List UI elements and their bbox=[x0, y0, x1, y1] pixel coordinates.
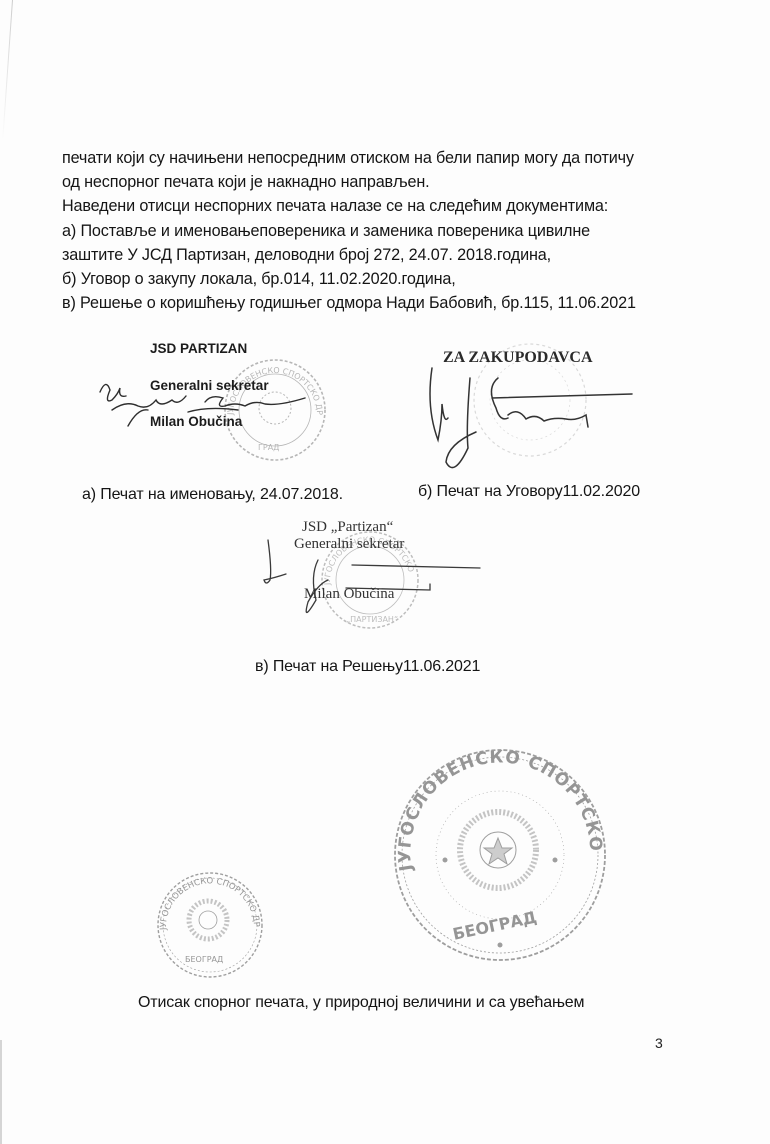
svg-text:„ПАРТИЗАН“: „ПАРТИЗАН“ bbox=[346, 615, 398, 624]
body-text: печати који су начињени непосредним отис… bbox=[62, 146, 722, 315]
signature-c-org: JSD „Partizan“ bbox=[302, 519, 393, 536]
scan-edge-artifact-bottom bbox=[0, 1040, 2, 1144]
signature-b-org: ZA ZAKUPODAVCA bbox=[443, 349, 593, 367]
signature-a-name: Milan Obučina bbox=[150, 414, 242, 429]
svg-text:ЈУГОСЛОВЕНСКО СПОРТСКО ДРУШТВО: ЈУГОСЛОВЕНСКО СПОРТСКО ДРУШТВО „ПАРТИЗАН… bbox=[0, 0, 261, 931]
svg-text:ГРАД: ГРАД bbox=[258, 443, 279, 452]
disputed-stamp-enlarged-icon: ЈУГОСЛОВЕНСКО СПОРТСКО ДРУШТВО „ПАРТИЗАН… bbox=[0, 0, 606, 960]
body-line: печати који су начињени непосредним отис… bbox=[62, 146, 722, 170]
list-item-a-continued: заштите У ЈСД Партизан, деловодни број 2… bbox=[62, 243, 722, 267]
caption-stamp-a: а) Печат на именовању, 24.07.2018. bbox=[82, 486, 343, 504]
caption-stamp-b: б) Печат на Уговору11.02.2020 bbox=[418, 483, 640, 501]
caption-stamp-c: в) Печат на Решењу11.06.2021 bbox=[255, 658, 480, 676]
list-item-c: в) Решење о коришћењу годишњег одмора На… bbox=[62, 291, 722, 315]
signature-a-title: Generalni sekretar bbox=[150, 378, 269, 393]
signature-a-org: JSD PARTIZAN bbox=[150, 341, 247, 356]
signature-b-icon bbox=[430, 368, 632, 468]
list-item-a: а) Поставље и именовањеповереника и заме… bbox=[62, 219, 722, 243]
body-line: од неспорног печата који је накнадно нап… bbox=[62, 170, 722, 194]
svg-text:ЈУГОСЛОВЕНСКО СПОРТСКО ДРУШТВО: ЈУГОСЛОВЕНСКО СПОРТСКО ДРУШТВО „ПАРТИЗАН… bbox=[0, 0, 606, 873]
signature-c-name: Milan Obučina bbox=[304, 586, 394, 603]
caption-disputed-stamp: Отисак спорног печата, у природној велич… bbox=[138, 994, 584, 1012]
svg-text:БЕОГРАД: БЕОГРАД bbox=[451, 907, 538, 943]
svg-text:БЕОГРАД: БЕОГРАД bbox=[185, 955, 223, 964]
list-item-b: б) Уговор о закупу локала, бр.014, 11.02… bbox=[62, 267, 722, 291]
signature-c-title: Generalni sekretar bbox=[294, 536, 404, 553]
scan-edge-artifact bbox=[2, 0, 13, 140]
document-page: печати који су начињени непосредним отис… bbox=[0, 0, 770, 1144]
page-number: 3 bbox=[655, 1035, 663, 1051]
body-line: Наведени отисци неспорних печата налазе … bbox=[62, 194, 722, 218]
